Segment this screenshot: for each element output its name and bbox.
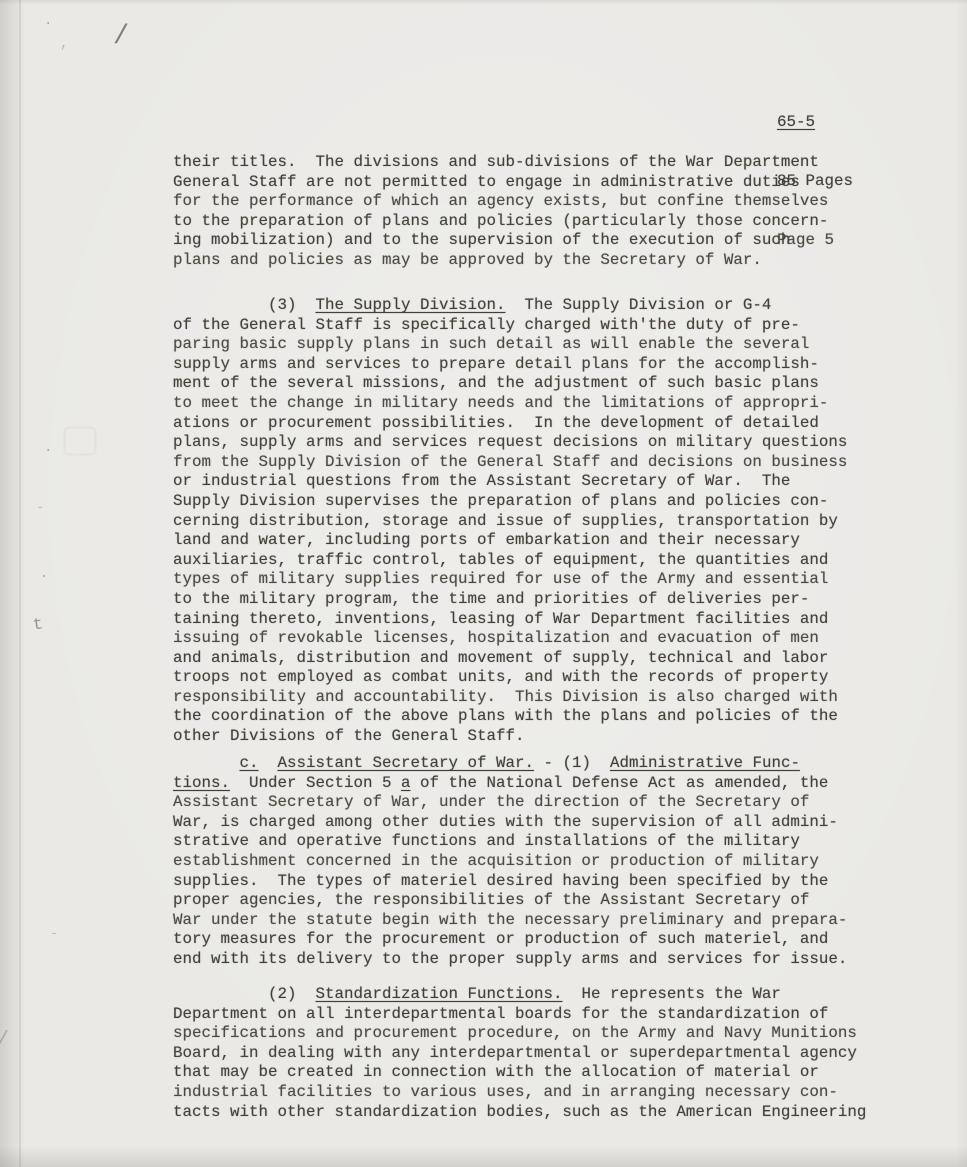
text-line: War under the statute begin with the nec… [173, 911, 847, 931]
stray-mark: . [44, 440, 52, 456]
paragraph: (3) The Supply Division. The Supply Divi… [173, 296, 847, 747]
underlined-text: tions. [173, 774, 230, 792]
text-line: proper agencies, the responsibilities of… [173, 891, 847, 911]
stray-mark: · [44, 16, 52, 32]
scan-edge-top [0, 0, 967, 5]
text-line: paring basic supply plans in such detail… [173, 335, 847, 355]
text-line: ations or procurement possibilities. In … [173, 414, 847, 434]
scan-edge-left [0, 0, 26, 1167]
scan-edge-left-line [19, 0, 21, 1167]
text-line: Department on all interdepartmental boar… [173, 1005, 866, 1025]
text-line: from the Supply Division of the General … [173, 453, 847, 473]
text-line: and animals, distribution and movement o… [173, 649, 847, 669]
text-line: their titles. The divisions and sub-divi… [173, 153, 828, 173]
text-line: supplies. The types of materiel desired … [173, 872, 847, 892]
underlined-text: Administrative Func- [610, 754, 800, 772]
stray-mark: - [36, 500, 44, 516]
text-line: supply arms and services to prepare deta… [173, 355, 847, 375]
text-line: Supply Division supervises the preparati… [173, 492, 847, 512]
text-line: of the General Staff is specifically cha… [173, 316, 847, 336]
text-line: plans, supply arms and services request … [173, 433, 847, 453]
text-line: c. Assistant Secretary of War. - (1) Adm… [173, 754, 847, 774]
stray-mark: / [0, 1028, 9, 1053]
underlined-text: The Supply Division. [315, 296, 505, 314]
text-line: to the military program, the time and pr… [173, 590, 847, 610]
text-line: responsibility and accountability. This … [173, 688, 847, 708]
text-line: (2) Standardization Functions. He repres… [173, 985, 866, 1005]
document-page: 65-5 85 Pages Page 5 their titles. The d… [0, 0, 967, 1167]
paragraph: c. Assistant Secretary of War. - (1) Adm… [173, 754, 847, 970]
text-line: the coordination of the above plans with… [173, 707, 847, 727]
doc-number-line: 65-5 [777, 113, 853, 133]
paragraph: their titles. The divisions and sub-divi… [173, 153, 828, 271]
text-line: cerning distribution, storage and issue … [173, 512, 847, 532]
text-line: to meet the change in military needs and… [173, 394, 847, 414]
text-line: tions. Under Section 5 a of the National… [173, 774, 847, 794]
stray-mark-box [64, 427, 96, 455]
text-line: taining thereto, inventions, leasing of … [173, 610, 847, 630]
text-line: plans and policies as may be approved by… [173, 251, 828, 271]
text-line: troops not employed as combat units, and… [173, 668, 847, 688]
text-line: or industrial questions from the Assista… [173, 472, 847, 492]
stray-mark: / [113, 22, 129, 52]
text-line: Board, in dealing with any interdepartme… [173, 1044, 866, 1064]
text-line: ing mobilization) and to the supervision… [173, 231, 828, 251]
doc-number: 65-5 [777, 113, 815, 131]
text-line: auxiliaries, traffic control, tables of … [173, 551, 847, 571]
scan-edge-bottom [0, 1146, 967, 1167]
text-line: for the performance of which an agency e… [173, 192, 828, 212]
scan-edge-right [955, 0, 967, 1167]
text-line: to the preparation of plans and policies… [173, 212, 828, 232]
text-line: other Divisions of the General Staff. [173, 727, 847, 747]
text-line: ment of the several missions, and the ad… [173, 374, 847, 394]
text-line: War, is charged among other duties with … [173, 813, 847, 833]
underlined-text: Assistant Secretary of War. [278, 754, 534, 772]
text-line: end with its delivery to the proper supp… [173, 950, 847, 970]
text-line: establishment concerned in the acquisiti… [173, 852, 847, 872]
text-line: specifications and procurement procedure… [173, 1024, 866, 1044]
underlined-text: Standardization Functions. [315, 985, 562, 1003]
stray-mark: , [60, 36, 68, 52]
text-line: that may be created in connection with t… [173, 1063, 866, 1083]
stray-mark: - [50, 926, 58, 942]
text-line: General Staff are not permitted to engag… [173, 173, 828, 193]
stray-mark: . [40, 566, 48, 582]
text-line: tacts with other standardization bodies,… [173, 1103, 866, 1123]
text-line: industrial facilities to various uses, a… [173, 1083, 866, 1103]
text-line: issuing of revokable licenses, hospitali… [173, 629, 847, 649]
text-line: strative and operative functions and ins… [173, 832, 847, 852]
paragraph: (2) Standardization Functions. He repres… [173, 985, 866, 1122]
underlined-text: c. [240, 754, 259, 772]
text-line: tory measures for the procurement or pro… [173, 930, 847, 950]
text-line: types of military supplies required for … [173, 570, 847, 590]
text-line: (3) The Supply Division. The Supply Divi… [173, 296, 847, 316]
underlined-text: a [401, 774, 411, 792]
text-line: Assistant Secretary of War, under the di… [173, 793, 847, 813]
text-line: land and water, including ports of embar… [173, 531, 847, 551]
stray-mark: t [32, 615, 45, 635]
